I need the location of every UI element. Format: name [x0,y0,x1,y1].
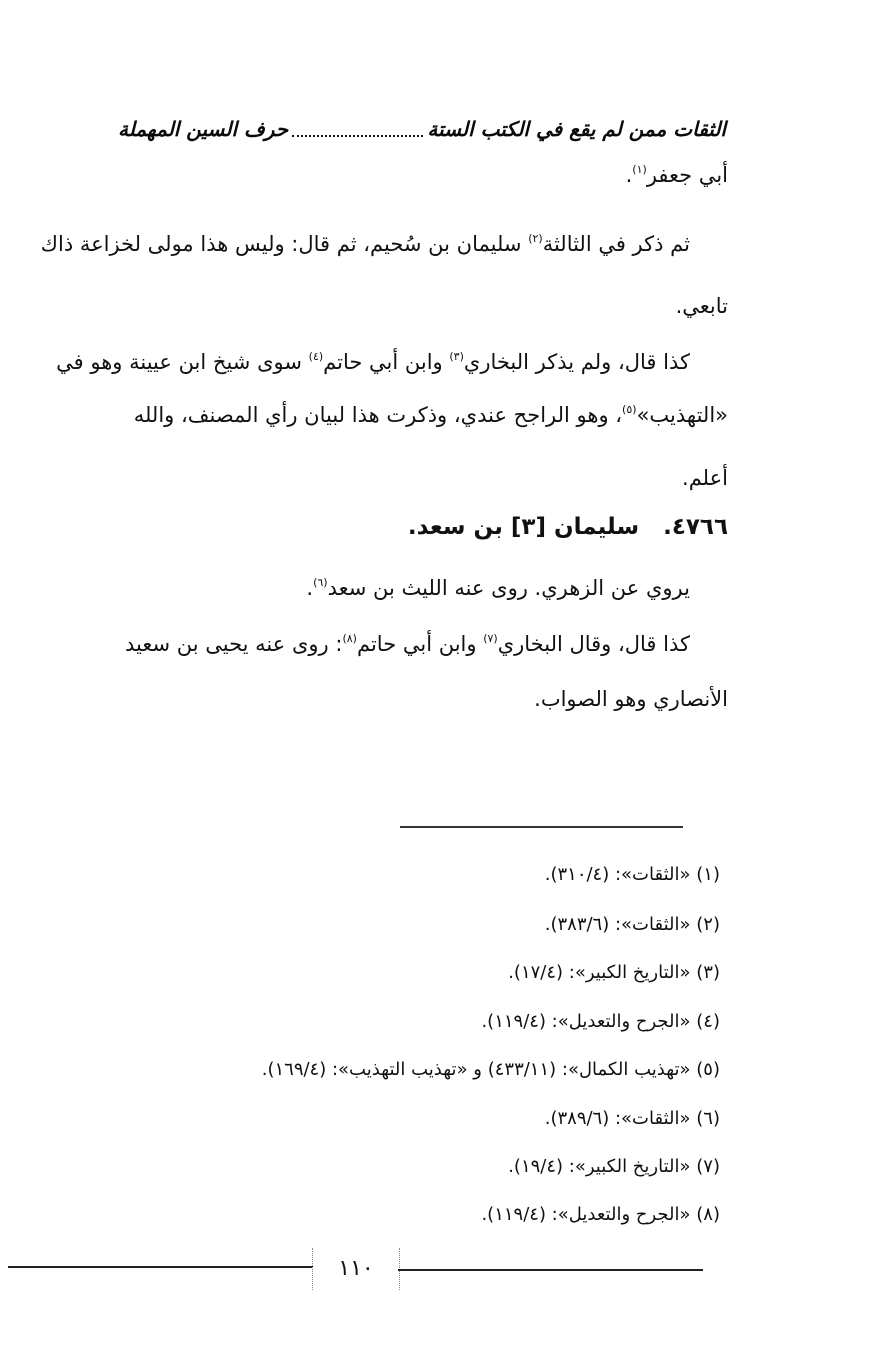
footnote-item: (٢) «الثقات»: (٣٨٣/٦). [545,914,720,935]
footnote-item: (١) «الثقات»: (٣١٠/٤). [545,864,720,885]
footnote-number: (٢) [696,914,720,935]
book-page: حرف السين المهملة الثقات ممن لم يقع في ا… [0,0,873,1355]
footnote-number: (٣) [696,962,720,983]
footnote-item: (٧) «التاريخ الكبير»: (١٩/٤). [508,1156,720,1177]
footnote-number: (٤) [696,1011,720,1032]
footnote-number: (١) [696,864,720,885]
footnote-number: (٦) [696,1108,720,1129]
footnote-item: (٥) «تهذيب الكمال»: (٤٣٣/١١) و «تهذيب ال… [262,1059,720,1080]
footnote-number: (٨) [696,1204,720,1225]
footnote-item: (٤) «الجرح والتعديل»: (١١٩/٤). [481,1011,720,1032]
page-number: ١١٠ [312,1248,400,1290]
page-number-rule-right [398,1269,703,1271]
footnote-number: (٧) [696,1156,720,1177]
footnote-item: (٨) «الجرح والتعديل»: (١١٩/٤). [481,1204,720,1225]
footnotes: (١) «الثقات»: (٣١٠/٤). (٢) «الثقات»: (٣٨… [160,0,720,1250]
footnote-item: (٣) «التاريخ الكبير»: (١٧/٤). [508,962,720,983]
footnote-item: (٦) «الثقات»: (٣٨٩/٦). [545,1108,720,1129]
page-number-rule-left [8,1266,313,1268]
footnote-number: (٥) [696,1059,720,1080]
